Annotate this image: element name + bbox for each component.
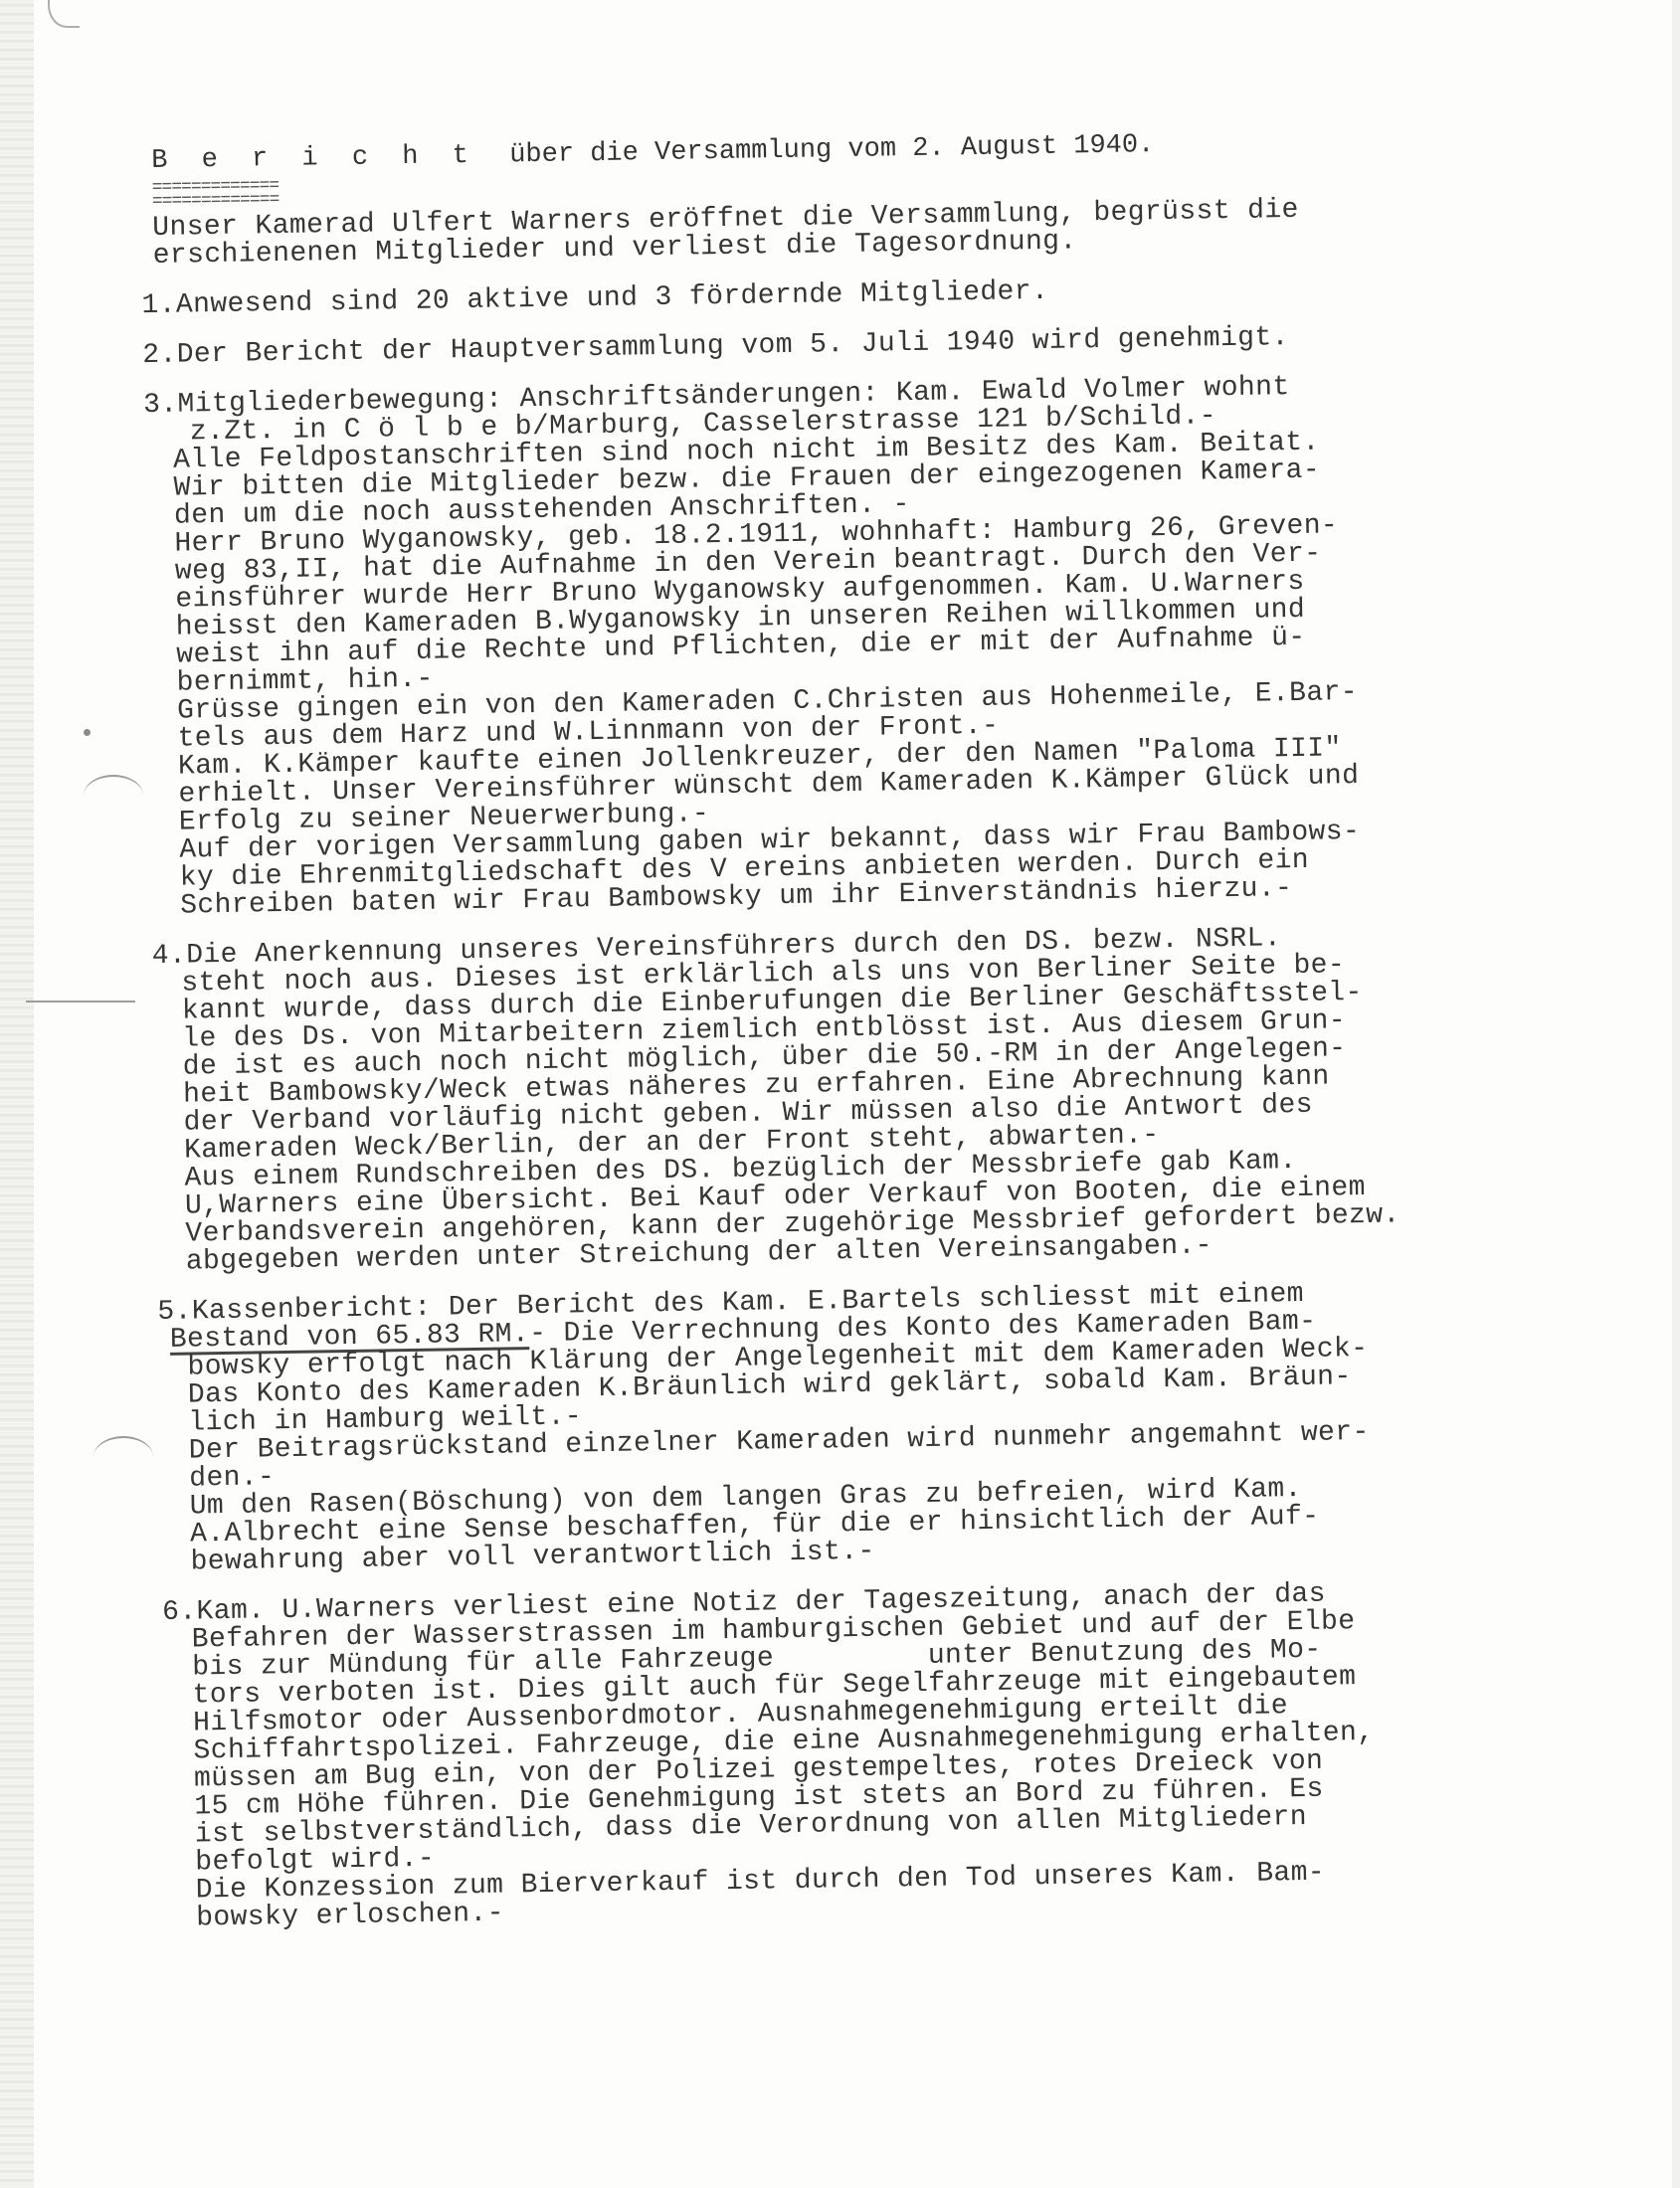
- scanned-page: B e r i c h t über die Versammlung vom 2…: [0, 0, 1680, 2188]
- punch-hole-mark: [84, 775, 143, 817]
- scan-edge-left: [0, 0, 34, 2188]
- item-number: 1.: [141, 290, 176, 322]
- title-subject: über die Versammlung vom 2. August 1940.: [509, 130, 1155, 170]
- item-number: 5.: [157, 1297, 192, 1329]
- scan-edge-right: [1672, 0, 1680, 2188]
- item-number: 3.: [143, 390, 178, 422]
- agenda-item-3: 3.Mitgliederbewegung: Anschriftsänderung…: [155, 370, 1556, 921]
- item-number: 6.: [162, 1596, 197, 1628]
- margin-line-mark: [26, 1001, 135, 1003]
- item-number: 4.: [152, 941, 187, 973]
- agenda-item-6: 6.Kam. U.Warners verliest eine Notiz der…: [174, 1577, 1572, 1933]
- ink-dot-mark: [84, 729, 91, 736]
- agenda-item-5: 5.Kassenbericht: Der Bericht des Kam. E.…: [169, 1277, 1566, 1577]
- document-body: B e r i c h t über die Versammlung vom 2…: [151, 123, 1572, 1933]
- agenda-items: 1.Anwesend sind 20 aktive und 3 fördernd…: [153, 249, 1572, 1933]
- punch-hole-mark-top: [48, 0, 80, 28]
- punch-hole-mark: [93, 1436, 153, 1478]
- agenda-item-4: 4.Die Anerkennung unseres Vereinsführers…: [164, 921, 1562, 1277]
- title-word-bericht: B e r i c h t: [151, 141, 477, 176]
- item-number: 2.: [142, 340, 177, 372]
